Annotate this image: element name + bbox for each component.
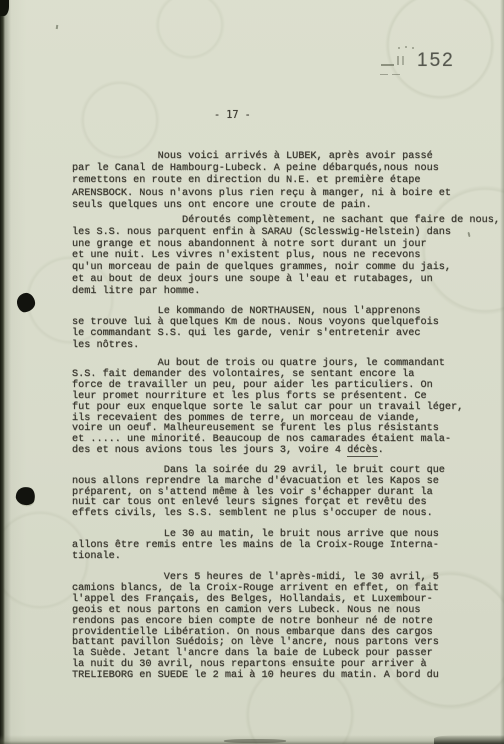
ink-speck-top: [56, 25, 59, 29]
scan-edge-top-left-corner: [0, 0, 9, 16]
paragraph-evacuation-sweden: Vers 5 heures de l'après-midi, le 30 avr…: [72, 573, 439, 682]
paragraph-volunteers: Au bout de trois ou quatre jours, le com…: [72, 359, 463, 457]
folio-number-stamp: 152: [417, 50, 455, 72]
paragraph-30-april-red-cross: Le 30 au matin, le bruit nous arrive que…: [72, 530, 439, 562]
scan-edge-left: [0, 0, 11, 744]
paragraph-arrival-lubek: Nous voici arrivés à LUBEK, après avoir …: [72, 151, 451, 212]
scan-edge-bottom-right-corner: [434, 735, 504, 744]
ink-blob-bottom: [15, 485, 37, 506]
paragraph-sarau-barn: Déroutés complètement, ne sachant que fa…: [72, 215, 500, 298]
paragraph-29-april-rumor: Dans la soirée du 29 avril, le bruit cou…: [72, 466, 445, 520]
paragraph-kommando-northausen: Le kommando de NORTHAUSEN, nous l'appren…: [72, 306, 439, 351]
ink-blob-top: [16, 292, 36, 313]
underline-deces: [347, 456, 378, 457]
scan-edge-smudge: [224, 739, 286, 743]
scanned-document-page: 152 - 17 - Nous voici arrivés à LUBEK, a…: [0, 0, 504, 744]
page-number: - 17 -: [214, 110, 251, 122]
scan-edge-right: [500, 0, 504, 744]
